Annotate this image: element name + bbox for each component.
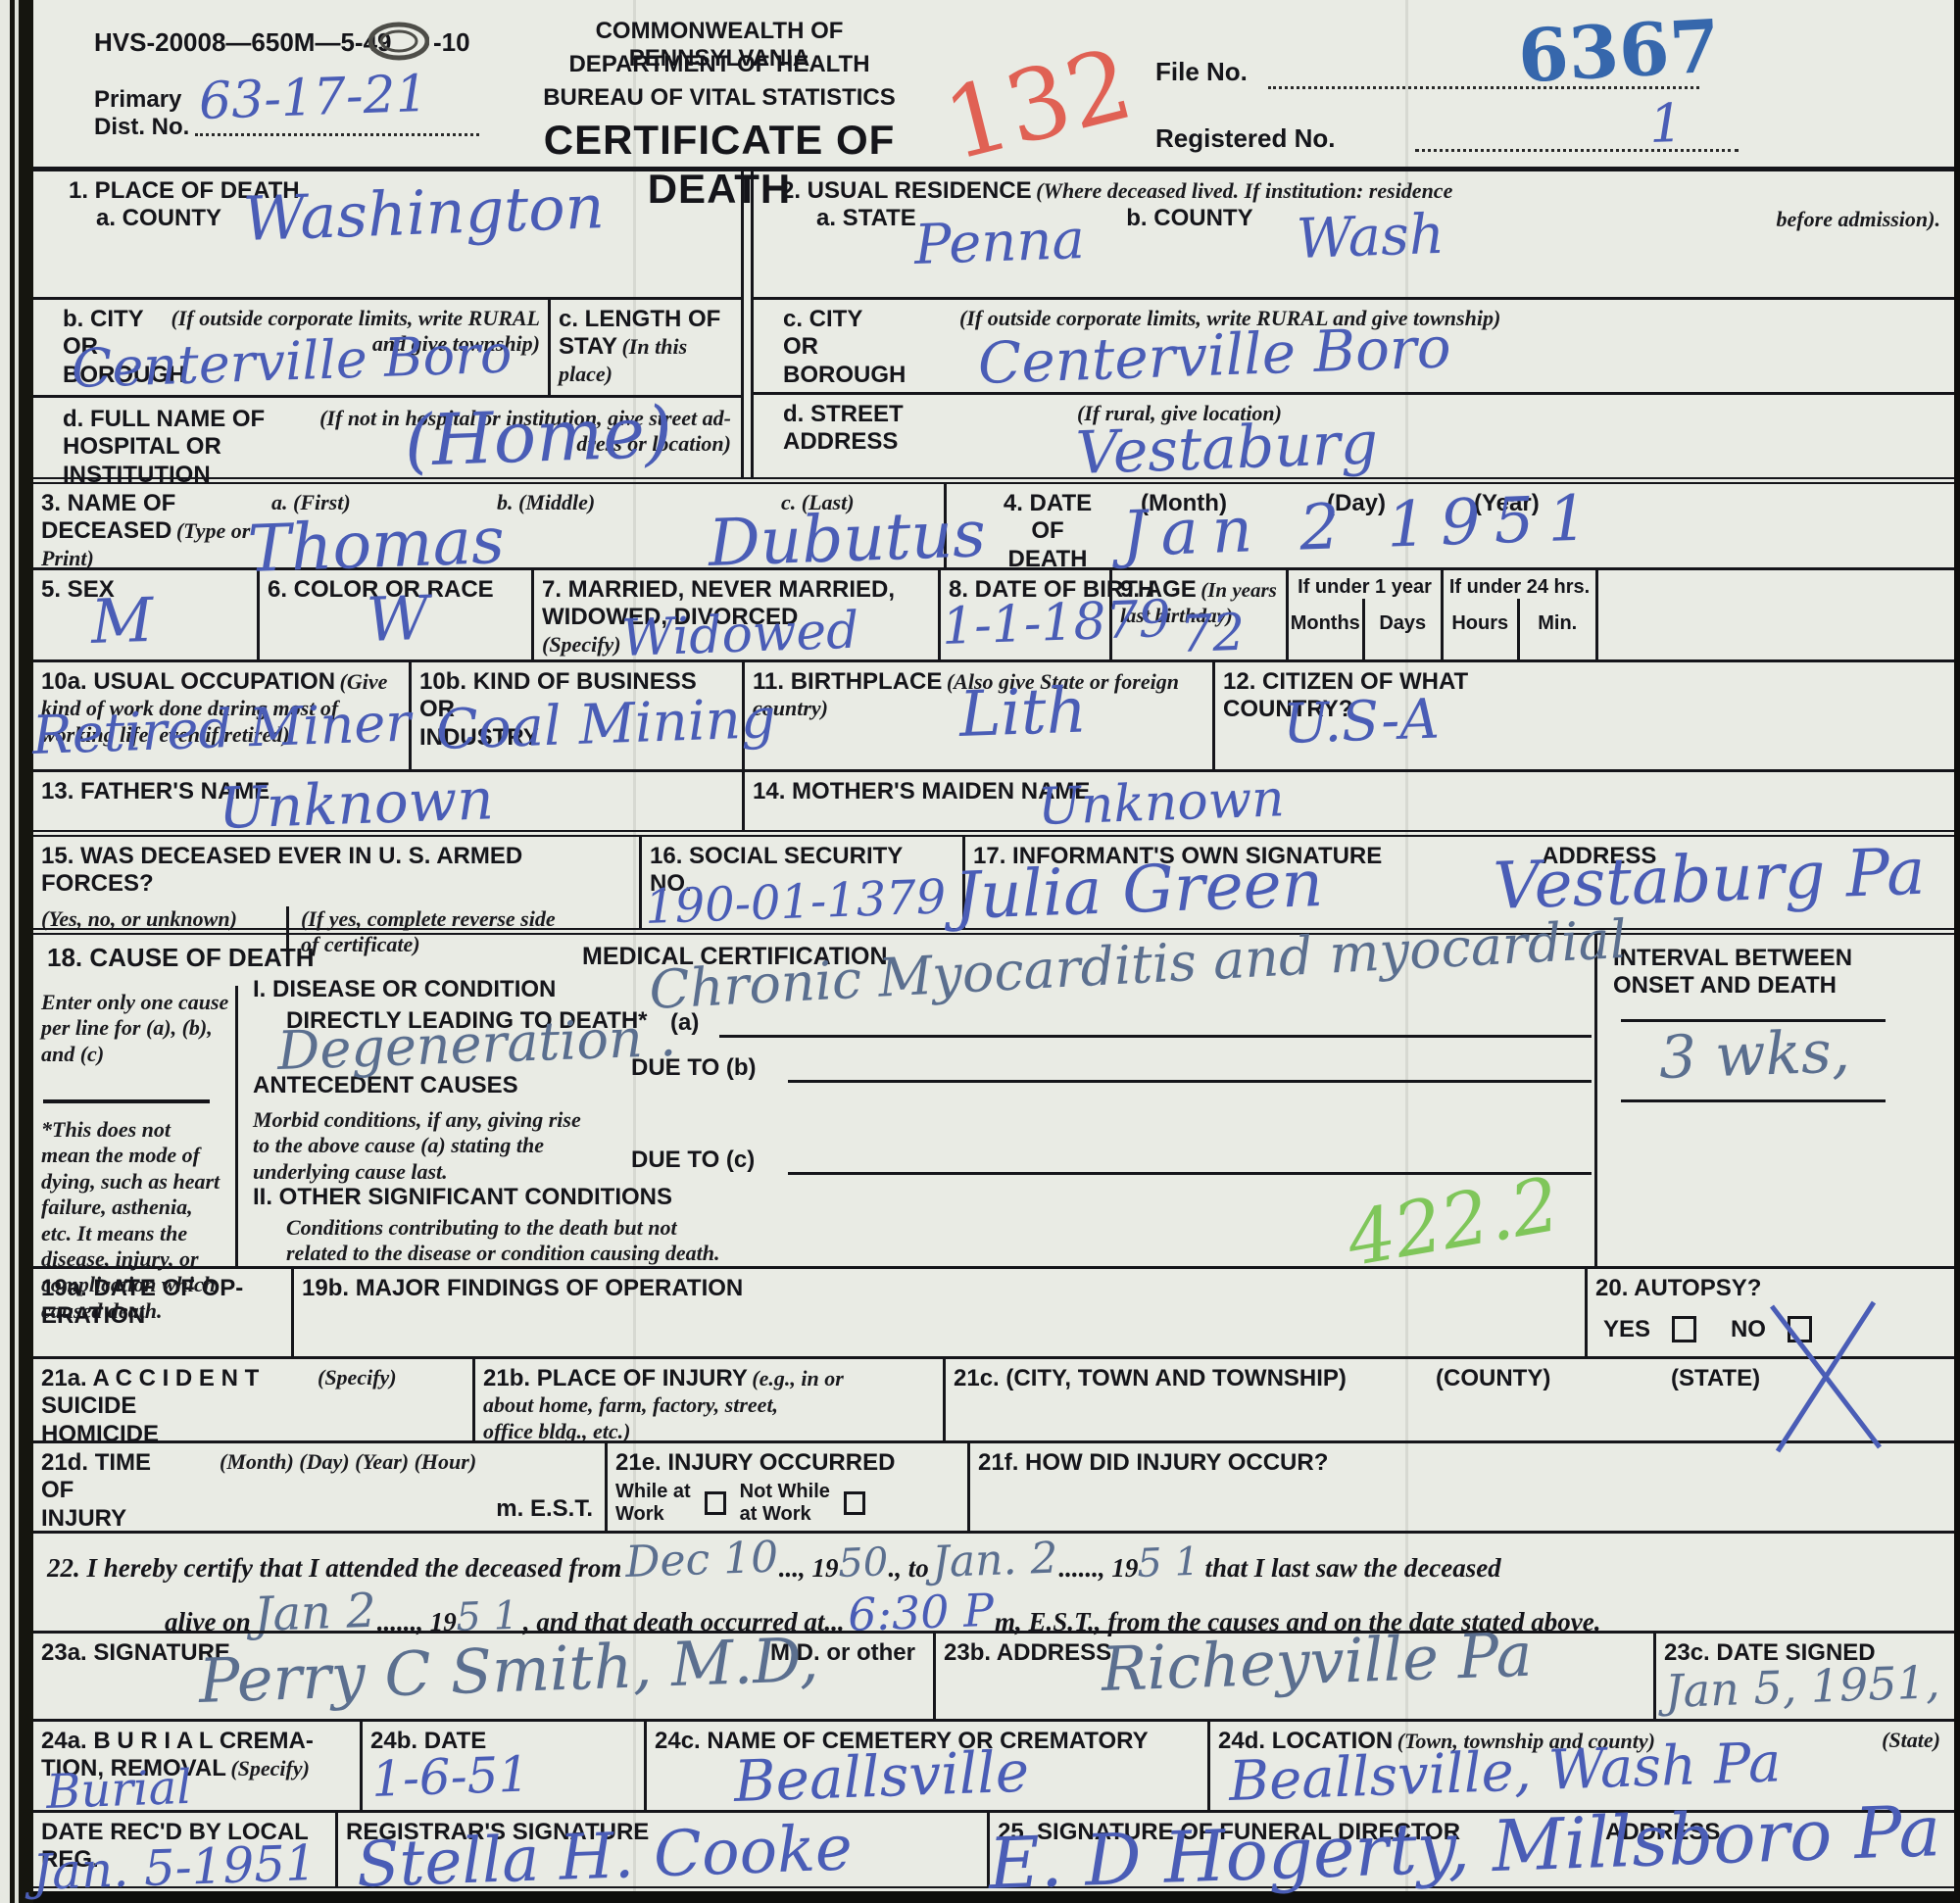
injury-time-label: 21d. TIME OF INJURY xyxy=(41,1449,151,1533)
certify-to-year: 5 1 xyxy=(1137,1542,1200,1584)
header: HVS-20008—650M—5-49 -10 Primary Dist. No… xyxy=(33,0,1954,167)
sex-value: M xyxy=(90,590,155,653)
field-date-received: DATE REC'D BY LOCAL REG. Jan. 5-1951 xyxy=(33,1813,338,1886)
field-injury-occurred: 21e. INJURY OCCURRED While at Work Not W… xyxy=(608,1443,970,1531)
scan-left-edge xyxy=(0,0,33,1903)
burial-value: Burial xyxy=(45,1764,192,1816)
field-birth-date: 8. DATE OF BIRTH 1-1-1879 xyxy=(941,570,1112,659)
field-birthplace: 11. BIRTHPLACE (Also give State or forei… xyxy=(745,662,1215,769)
min-label: Min. xyxy=(1520,599,1596,659)
row-name-date: 3. NAME OF DECEASED (Type or Print) a. (… xyxy=(33,477,1954,567)
age-value: 72 xyxy=(1179,608,1246,660)
first-value: Thomas xyxy=(247,509,506,582)
field-father: 13. FATHER'S NAME Unknown xyxy=(33,772,745,830)
occupation-value: Retired Miner xyxy=(31,697,412,762)
department-line: DEPARTMENT OF HEALTH xyxy=(504,51,935,78)
field-industry: 10b. KIND OF BUSINESS OR INDUSTRY Coal M… xyxy=(412,662,745,769)
date-signed-value: Jan 5, 1951, xyxy=(1664,1659,1940,1714)
hours-label: Hours xyxy=(1444,599,1520,659)
field-name: 3. NAME OF DECEASED (Type or Print) a. (… xyxy=(33,484,947,567)
industry-value: Coal Mining xyxy=(435,692,777,758)
residence-note1: (Where deceased lived. If institution: r… xyxy=(1036,178,1452,203)
occupation-label: 10a. USUAL OCCUPATION xyxy=(41,668,335,695)
registered-no-rule xyxy=(1415,149,1739,152)
row-physician: 23a. SIGNATURE M.D. or other Perry C Smi… xyxy=(33,1631,1954,1719)
name-label: 3. NAME OF DECEASED xyxy=(41,490,175,544)
res-city-label: c. CITY OR BOROUGH xyxy=(783,306,906,389)
under-24-label: If under 24 hrs. xyxy=(1444,570,1595,599)
burial-date-value: 1-6-51 xyxy=(370,1749,530,1804)
months-label: Months xyxy=(1289,599,1365,659)
res-county-label: b. COUNTY xyxy=(1126,205,1252,231)
field-marital: 7. MARRIED, NEVER MARRIED, WIDOWED, DIVO… xyxy=(534,570,941,659)
bureau-line: BUREAU OF VITAL STATISTICS xyxy=(504,84,935,112)
injury-county-label: (COUNTY) xyxy=(1436,1365,1550,1392)
citizen-value: U.S-A xyxy=(1282,692,1440,753)
certify-text-3: ., to xyxy=(888,1553,928,1583)
row-registrar: DATE REC'D BY LOCAL REG. Jan. 5-1951 REG… xyxy=(33,1810,1954,1893)
field-registrar-signature: REGISTRAR'S SIGNATURE Stella H. Cooke xyxy=(338,1813,990,1886)
street-label: d. STREET ADDRESS xyxy=(783,401,904,457)
last-value: Dubutus xyxy=(708,502,987,576)
funeral-director-value: E. D Hogerty, Millsboro Pa xyxy=(987,1795,1941,1899)
injury-time-est: m. E.S.T. xyxy=(496,1495,593,1523)
due-b-rule xyxy=(788,1080,1592,1083)
primary-dist-rule xyxy=(195,133,479,136)
street-value: Vestaburg xyxy=(1075,414,1379,483)
certify-to-date: Jan. 2 xyxy=(932,1537,1059,1585)
disease-a-rule xyxy=(719,1035,1592,1038)
operation-findings-label: 19b. MAJOR FINDINGS OF OPERATION xyxy=(302,1275,1577,1302)
row-injury-time: 21d. TIME OF INJURY (Month) (Day) (Year)… xyxy=(33,1440,1954,1531)
res-city-value: Centerville Boro xyxy=(977,318,1452,392)
field-physician-address: 23b. ADDRESS Richeyville Pa xyxy=(936,1634,1656,1719)
icd-code-green: 422.2 xyxy=(1341,1160,1566,1283)
not-while-at-work-checkbox xyxy=(844,1491,865,1515)
ssn-value: 190-01-1379 xyxy=(644,873,947,931)
field-cemetery: 24c. NAME OF CEMETERY OR CREMATORY Beall… xyxy=(647,1722,1210,1810)
cause-side1: Enter only one cause per line for (a), (… xyxy=(41,990,231,1067)
field-mother: 14. MOTHER'S MAIDEN NAME Unknown xyxy=(745,772,1954,830)
registrar-signature-value: Stella H. Cooke xyxy=(356,1817,854,1897)
row-cause-of-death: 18. CAUSE OF DEATH Enter only one cause … xyxy=(33,928,1954,1266)
field-funeral-director: 25. SIGNATURE OF FUNERAL DIRECTOR ADDRES… xyxy=(990,1813,1954,1886)
scan-right-edge xyxy=(1954,0,1960,1903)
father-value: Unknown xyxy=(218,770,495,837)
field-autopsy: 20. AUTOPSY? YES NO xyxy=(1588,1269,1954,1356)
field-res-city: c. CITY OR BOROUGH (If outside corporate… xyxy=(754,297,1954,392)
autopsy-yes-label: YES xyxy=(1603,1316,1650,1342)
certificate-page: HVS-20008—650M—5-49 -10 Primary Dist. No… xyxy=(33,0,1954,1891)
disease-label-1: I. DISEASE OR CONDITION xyxy=(253,976,556,1003)
registered-no-label: Registered No. xyxy=(1155,123,1336,154)
interval-rule-2 xyxy=(1621,1099,1886,1102)
cause-side2: *This does not mean the mode of dying, s… xyxy=(41,1117,231,1324)
field-ssn: 16. SOCIAL SECURITY NO. 190-01-1379 xyxy=(642,837,965,928)
interval-divider xyxy=(1594,935,1597,1266)
physician-signature-value: Perry C Smith, M.D, xyxy=(198,1630,819,1712)
field-length-of-stay: c. LENGTH OF STAY (In this place) xyxy=(551,300,741,395)
field-injury-place: 21b. PLACE OF INJURY (e.g., in or about … xyxy=(475,1359,946,1440)
registered-no-value: 1 xyxy=(1648,97,1684,151)
field-death-date: 4. DATE OF DEATH (Month) (Day) (Year) Ja… xyxy=(947,484,1954,567)
birthplace-value: Lith xyxy=(958,680,1088,747)
days-label: Days xyxy=(1365,599,1442,659)
injury-time-cols: (Month) (Day) (Year) (Hour) xyxy=(220,1449,476,1475)
interval-label: INTERVAL BETWEEN ONSET AND DEATH xyxy=(1613,945,1936,1000)
row-burial: 24a. B U R I A L CREMA- TION, REMOVAL (S… xyxy=(33,1719,1954,1810)
primary-dist-value: 63-17-21 xyxy=(198,69,428,127)
injury-state-label: (STATE) xyxy=(1671,1365,1760,1392)
not-while-at-work-label: Not While at Work xyxy=(740,1481,830,1526)
due-to-c-label: DUE TO (c) xyxy=(631,1147,755,1174)
autopsy-no-label: NO xyxy=(1731,1316,1766,1342)
certify-text-1: 22. I hereby certify that I attended the… xyxy=(47,1553,621,1583)
race-value: W xyxy=(366,588,430,651)
other-conditions-note: Conditions contributing to the death but… xyxy=(286,1215,719,1267)
accident-label: 21a. A C C I D E N T SUICIDE HOMICIDE xyxy=(41,1365,259,1448)
center-divider xyxy=(741,171,754,477)
empty-cell xyxy=(1598,570,1954,659)
hospital-value: (Home) xyxy=(403,397,673,476)
row-parents: 13. FATHER'S NAME Unknown 14. MOTHER'S M… xyxy=(33,769,1954,830)
field-accident: 21a. A C C I D E N T SUICIDE HOMICIDE (S… xyxy=(33,1359,475,1440)
city-value: Centerville Boro xyxy=(71,327,513,396)
marital-value: Widowed xyxy=(620,606,859,664)
field-physician-signature: 23a. SIGNATURE M.D. or other Perry C Smi… xyxy=(33,1634,936,1719)
row-operation-autopsy: 19a. DATE OF OP- ERATION 19b. MAJOR FIND… xyxy=(33,1266,1954,1356)
state-seal-icon xyxy=(368,22,429,66)
birthplace-label: 11. BIRTHPLACE xyxy=(753,668,942,695)
field-injury-how: 21f. HOW DID INJURY OCCUR? xyxy=(970,1443,1954,1531)
under-1yr-label: If under 1 year xyxy=(1289,570,1441,599)
certify-from-date: Dec 10 xyxy=(624,1537,778,1585)
morbid-note: Morbid conditions, if any, giving rise t… xyxy=(253,1107,581,1185)
informant-address-value: Vestaburg Pa xyxy=(1493,840,1927,919)
mother-value: Unknown xyxy=(1037,773,1285,833)
injury-city-label: 21c. (CITY, TOWN AND TOWNSHIP) xyxy=(954,1365,1347,1391)
cause-a-value2: Degeneration . xyxy=(276,1011,677,1078)
field-burial-type: 24a. B U R I A L CREMA- TION, REMOVAL (S… xyxy=(33,1722,363,1810)
row-certification: 22. I hereby certify that I attended the… xyxy=(33,1531,1954,1631)
field-sex: 5. SEX M xyxy=(33,570,260,659)
field-occupation: 10a. USUAL OCCUPATION (Give kind of work… xyxy=(33,662,412,769)
primary-dist-label: Primary Dist. No. xyxy=(94,86,189,142)
certify-text-2: ..., 19 xyxy=(779,1553,839,1583)
mother-label: 14. MOTHER'S MAIDEN NAME xyxy=(753,778,1946,805)
file-no-value: 6367 xyxy=(1516,5,1722,100)
seal-suffix: -10 xyxy=(433,27,470,58)
field-under-24-hrs: If under 24 hrs. Hours Min. xyxy=(1444,570,1598,659)
burial-note: (Specify) xyxy=(230,1756,310,1781)
physician-address-value: Richeyville Pa xyxy=(1101,1625,1534,1700)
row-armed-ssn-informant: 15. WAS DECEASED EVER IN U. S. ARMED FOR… xyxy=(33,830,1954,928)
certify-from-year: 50 xyxy=(837,1542,888,1584)
form-code: HVS-20008—650M—5-49 xyxy=(94,27,392,58)
certify-text-4: ......, 19 xyxy=(1058,1553,1138,1583)
injury-occurred-label: 21e. INJURY OCCURRED xyxy=(615,1449,959,1477)
field-street: d. STREET ADDRESS (If rural, give locati… xyxy=(754,392,1954,477)
res-county-value: Wash xyxy=(1296,208,1445,268)
cause-side-divider xyxy=(235,986,238,1266)
row-occupation: 10a. USUAL OCCUPATION (Give kind of work… xyxy=(33,659,1954,769)
field-city-borough: b. CITY OR BOROUGH (If outside corporate… xyxy=(33,300,551,395)
field-burial-date: 24b. DATE 1-6-51 xyxy=(363,1722,647,1810)
informant-value: Julia Green xyxy=(954,852,1324,929)
interval-value: 3 wks, xyxy=(1658,1022,1851,1088)
row-place-residence: 1. PLACE OF DEATH a. COUNTY Washington b… xyxy=(33,167,1954,477)
while-at-work-checkbox xyxy=(705,1491,726,1515)
field-hospital: d. FULL NAME OF HOSPITAL OR INSTITUTION … xyxy=(33,395,741,477)
autopsy-no-x-mark xyxy=(1764,1298,1891,1455)
cause-title: 18. CAUSE OF DEATH xyxy=(47,943,315,973)
field-operation-findings: 19b. MAJOR FINDINGS OF OPERATION xyxy=(294,1269,1588,1356)
death-date-value: Jan 2 1951 xyxy=(1121,487,1602,566)
armed-label: 15. WAS DECEASED EVER IN U. S. ARMED FOR… xyxy=(41,843,631,899)
other-conditions-label: II. OTHER SIGNIFICANT CONDITIONS xyxy=(253,1184,672,1211)
red-stamp-number: 132 xyxy=(934,26,1144,183)
state-value: Penna xyxy=(913,213,1086,273)
certify-text-5: that I last saw the deceased xyxy=(1204,1553,1500,1583)
side-rule xyxy=(43,1099,210,1103)
field-citizen: 12. CITIZEN OF WHAT COUNTRY? U.S-A xyxy=(1215,662,1954,769)
row-accident: 21a. A C C I D E N T SUICIDE HOMICIDE (S… xyxy=(33,1356,1954,1440)
burial-state-label: (State) xyxy=(1882,1728,1940,1753)
accident-note: (Specify) xyxy=(318,1365,397,1391)
residence-note2: before admission). xyxy=(1777,207,1940,232)
field-informant: 17. INFORMANT'S OWN SIGNATURE ADDRESS Ju… xyxy=(965,837,1954,928)
autopsy-yes-checkbox xyxy=(1672,1316,1696,1342)
field-under-1-year: If under 1 year Months Days xyxy=(1289,570,1444,659)
field-date-signed: 23c. DATE SIGNED Jan 5, 1951, xyxy=(1656,1634,1954,1719)
county-value: Washington xyxy=(242,176,606,250)
file-no-label: File No. xyxy=(1155,57,1248,87)
injury-place-label: 21b. PLACE OF INJURY xyxy=(483,1365,748,1391)
field-injury-time: 21d. TIME OF INJURY (Month) (Day) (Year)… xyxy=(33,1443,608,1531)
cemetery-value: Beallsville xyxy=(733,1743,1030,1810)
birth-value: 1-1-1879 xyxy=(941,594,1171,653)
date-received-value: Jan. 5-1951 xyxy=(31,1838,317,1897)
while-at-work-label: While at Work xyxy=(615,1481,691,1526)
field-armed-forces: 15. WAS DECEASED EVER IN U. S. ARMED FOR… xyxy=(33,837,642,928)
